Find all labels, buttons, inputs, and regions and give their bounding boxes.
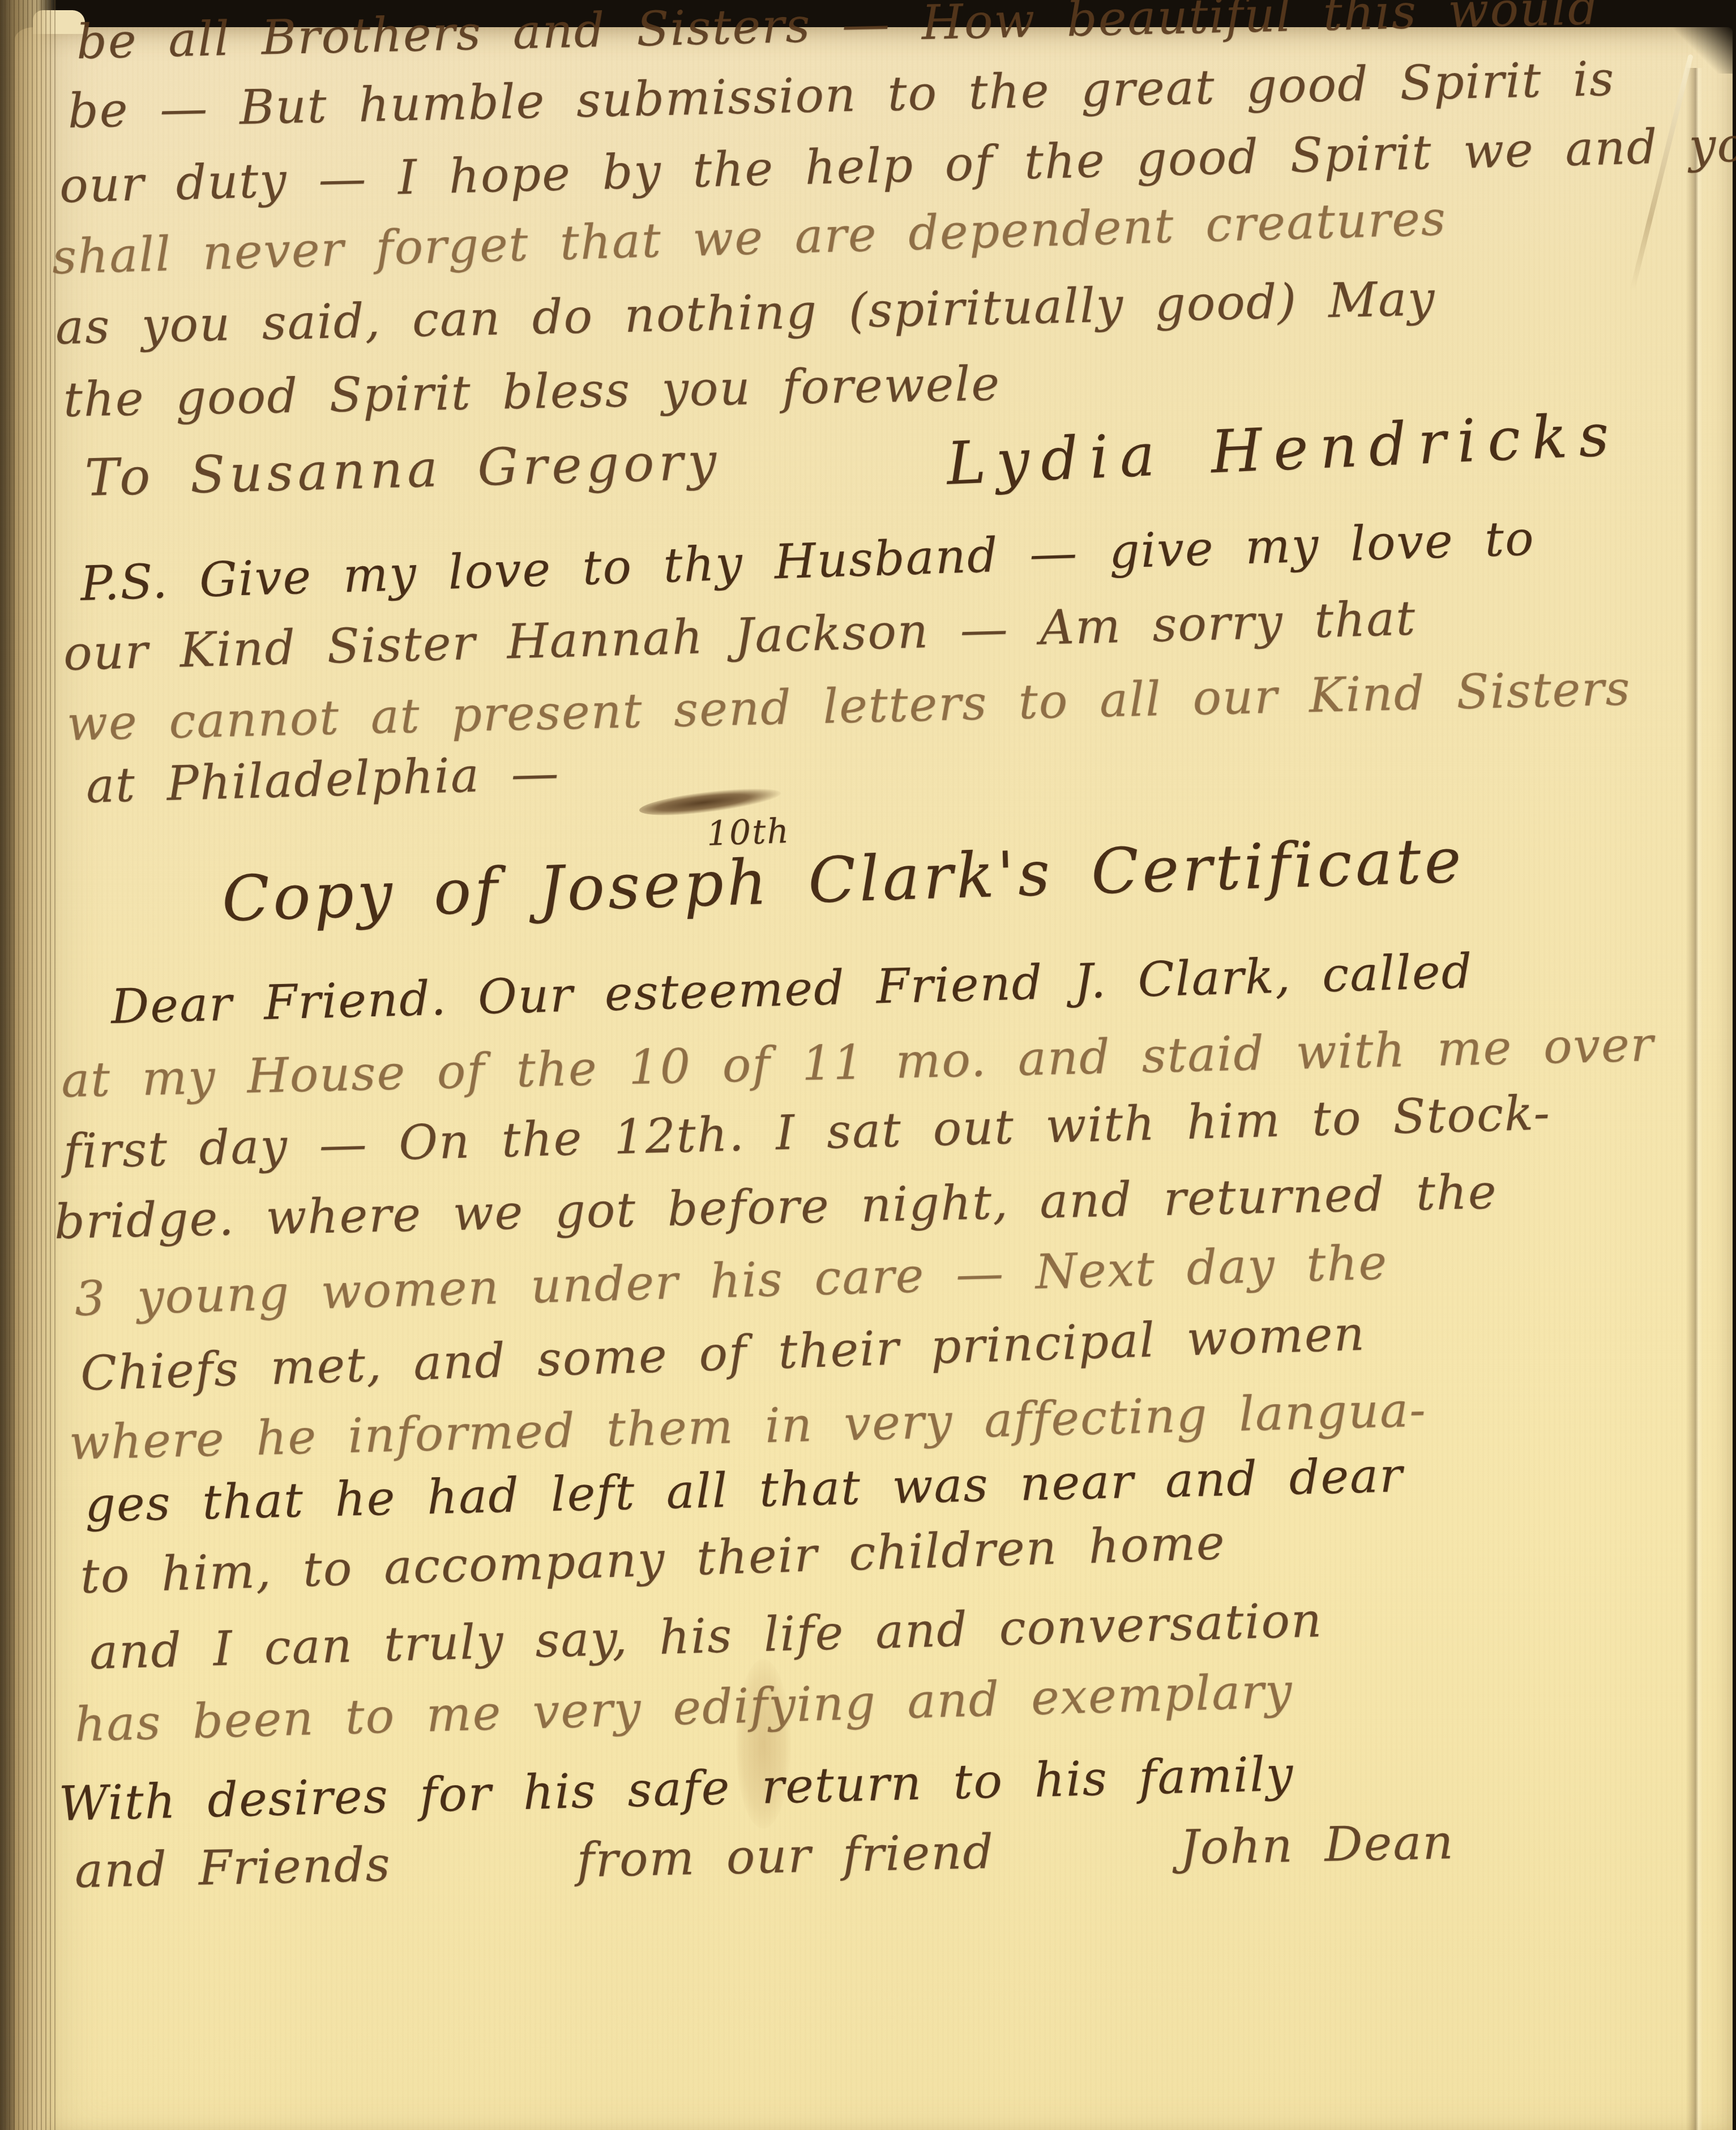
fold-crease: [1686, 68, 1703, 2130]
binding-edge: [0, 0, 57, 2130]
scan-background-corner: [1600, 0, 1736, 74]
postscript-line: at Philadelphia —: [85, 747, 561, 812]
document-scan: be all Brothers and Sisters — How beauti…: [0, 0, 1736, 2130]
